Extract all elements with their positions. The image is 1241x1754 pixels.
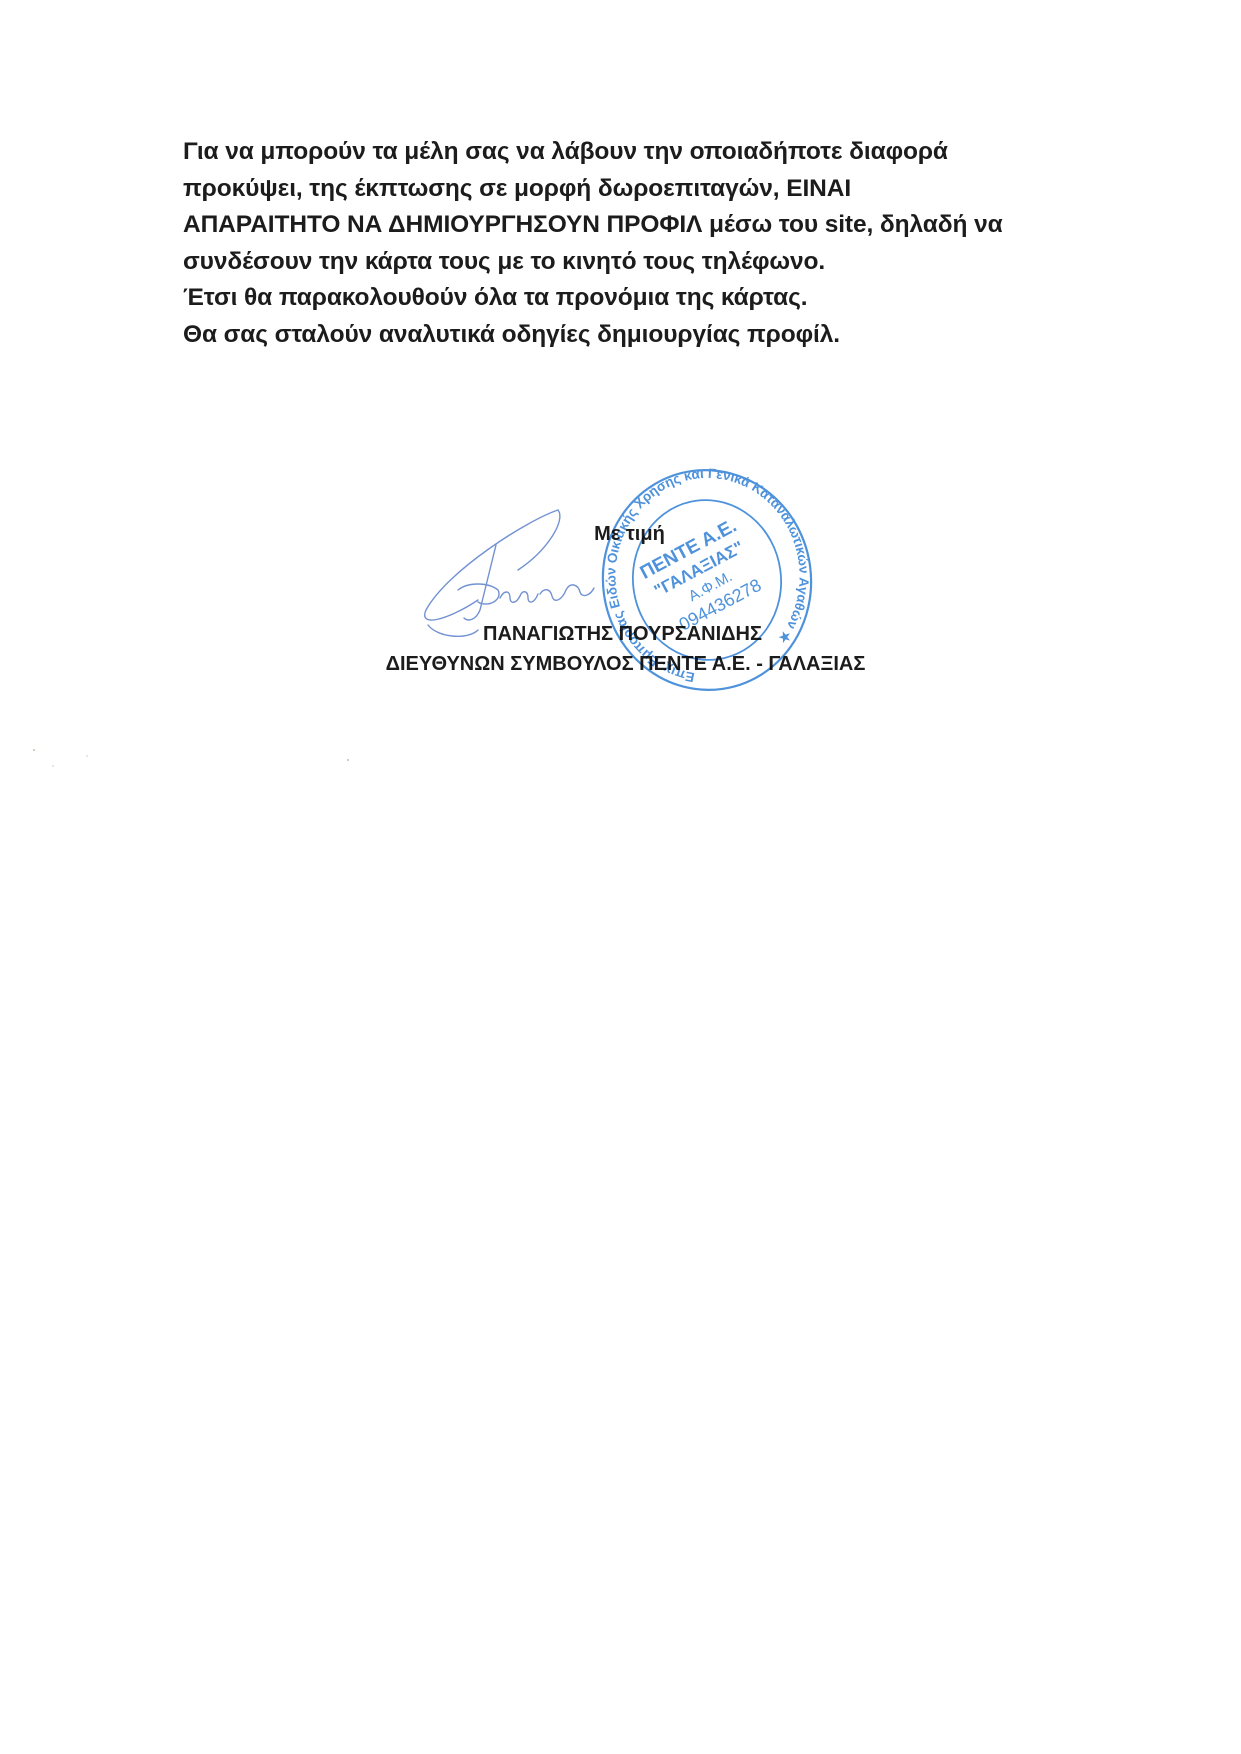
paragraph-line: Έτσι θα παρακολουθούν όλα τα προνόμια τη… bbox=[183, 280, 1083, 317]
paragraph-line: Για να μπορούν τα μέλη σας να λάβουν την… bbox=[183, 134, 1083, 171]
document-page: Για να μπορούν τα μέλη σας να λάβουν την… bbox=[0, 0, 1241, 1754]
scan-speck bbox=[347, 759, 349, 761]
paragraph-line: ΑΠΑΡΑΙΤΗΤΟ ΝΑ ΔΗΜΙΟΥΡΓΗΣΟΥΝ ΠΡΟΦΙΛ μέσω … bbox=[183, 207, 1083, 244]
scan-speck bbox=[33, 749, 35, 751]
paragraph-line: συνδέσουν την κάρτα τους με το κινητό το… bbox=[183, 244, 1083, 281]
paragraph-line: προκύψει, της έκπτωσης σε μορφή δωροεπιτ… bbox=[183, 171, 1083, 208]
company-stamp: Επιχ. Εμπορίας Ειδών Οικιακής Χρήσης και… bbox=[595, 462, 820, 707]
paragraph-line: Θα σας σταλούν αναλυτικά οδηγίες δημιουρ… bbox=[183, 317, 1083, 354]
scan-speck bbox=[52, 765, 54, 767]
body-paragraph: Για να μπορούν τα μέλη σας να λάβουν την… bbox=[183, 134, 1083, 354]
scan-speck bbox=[86, 755, 88, 757]
